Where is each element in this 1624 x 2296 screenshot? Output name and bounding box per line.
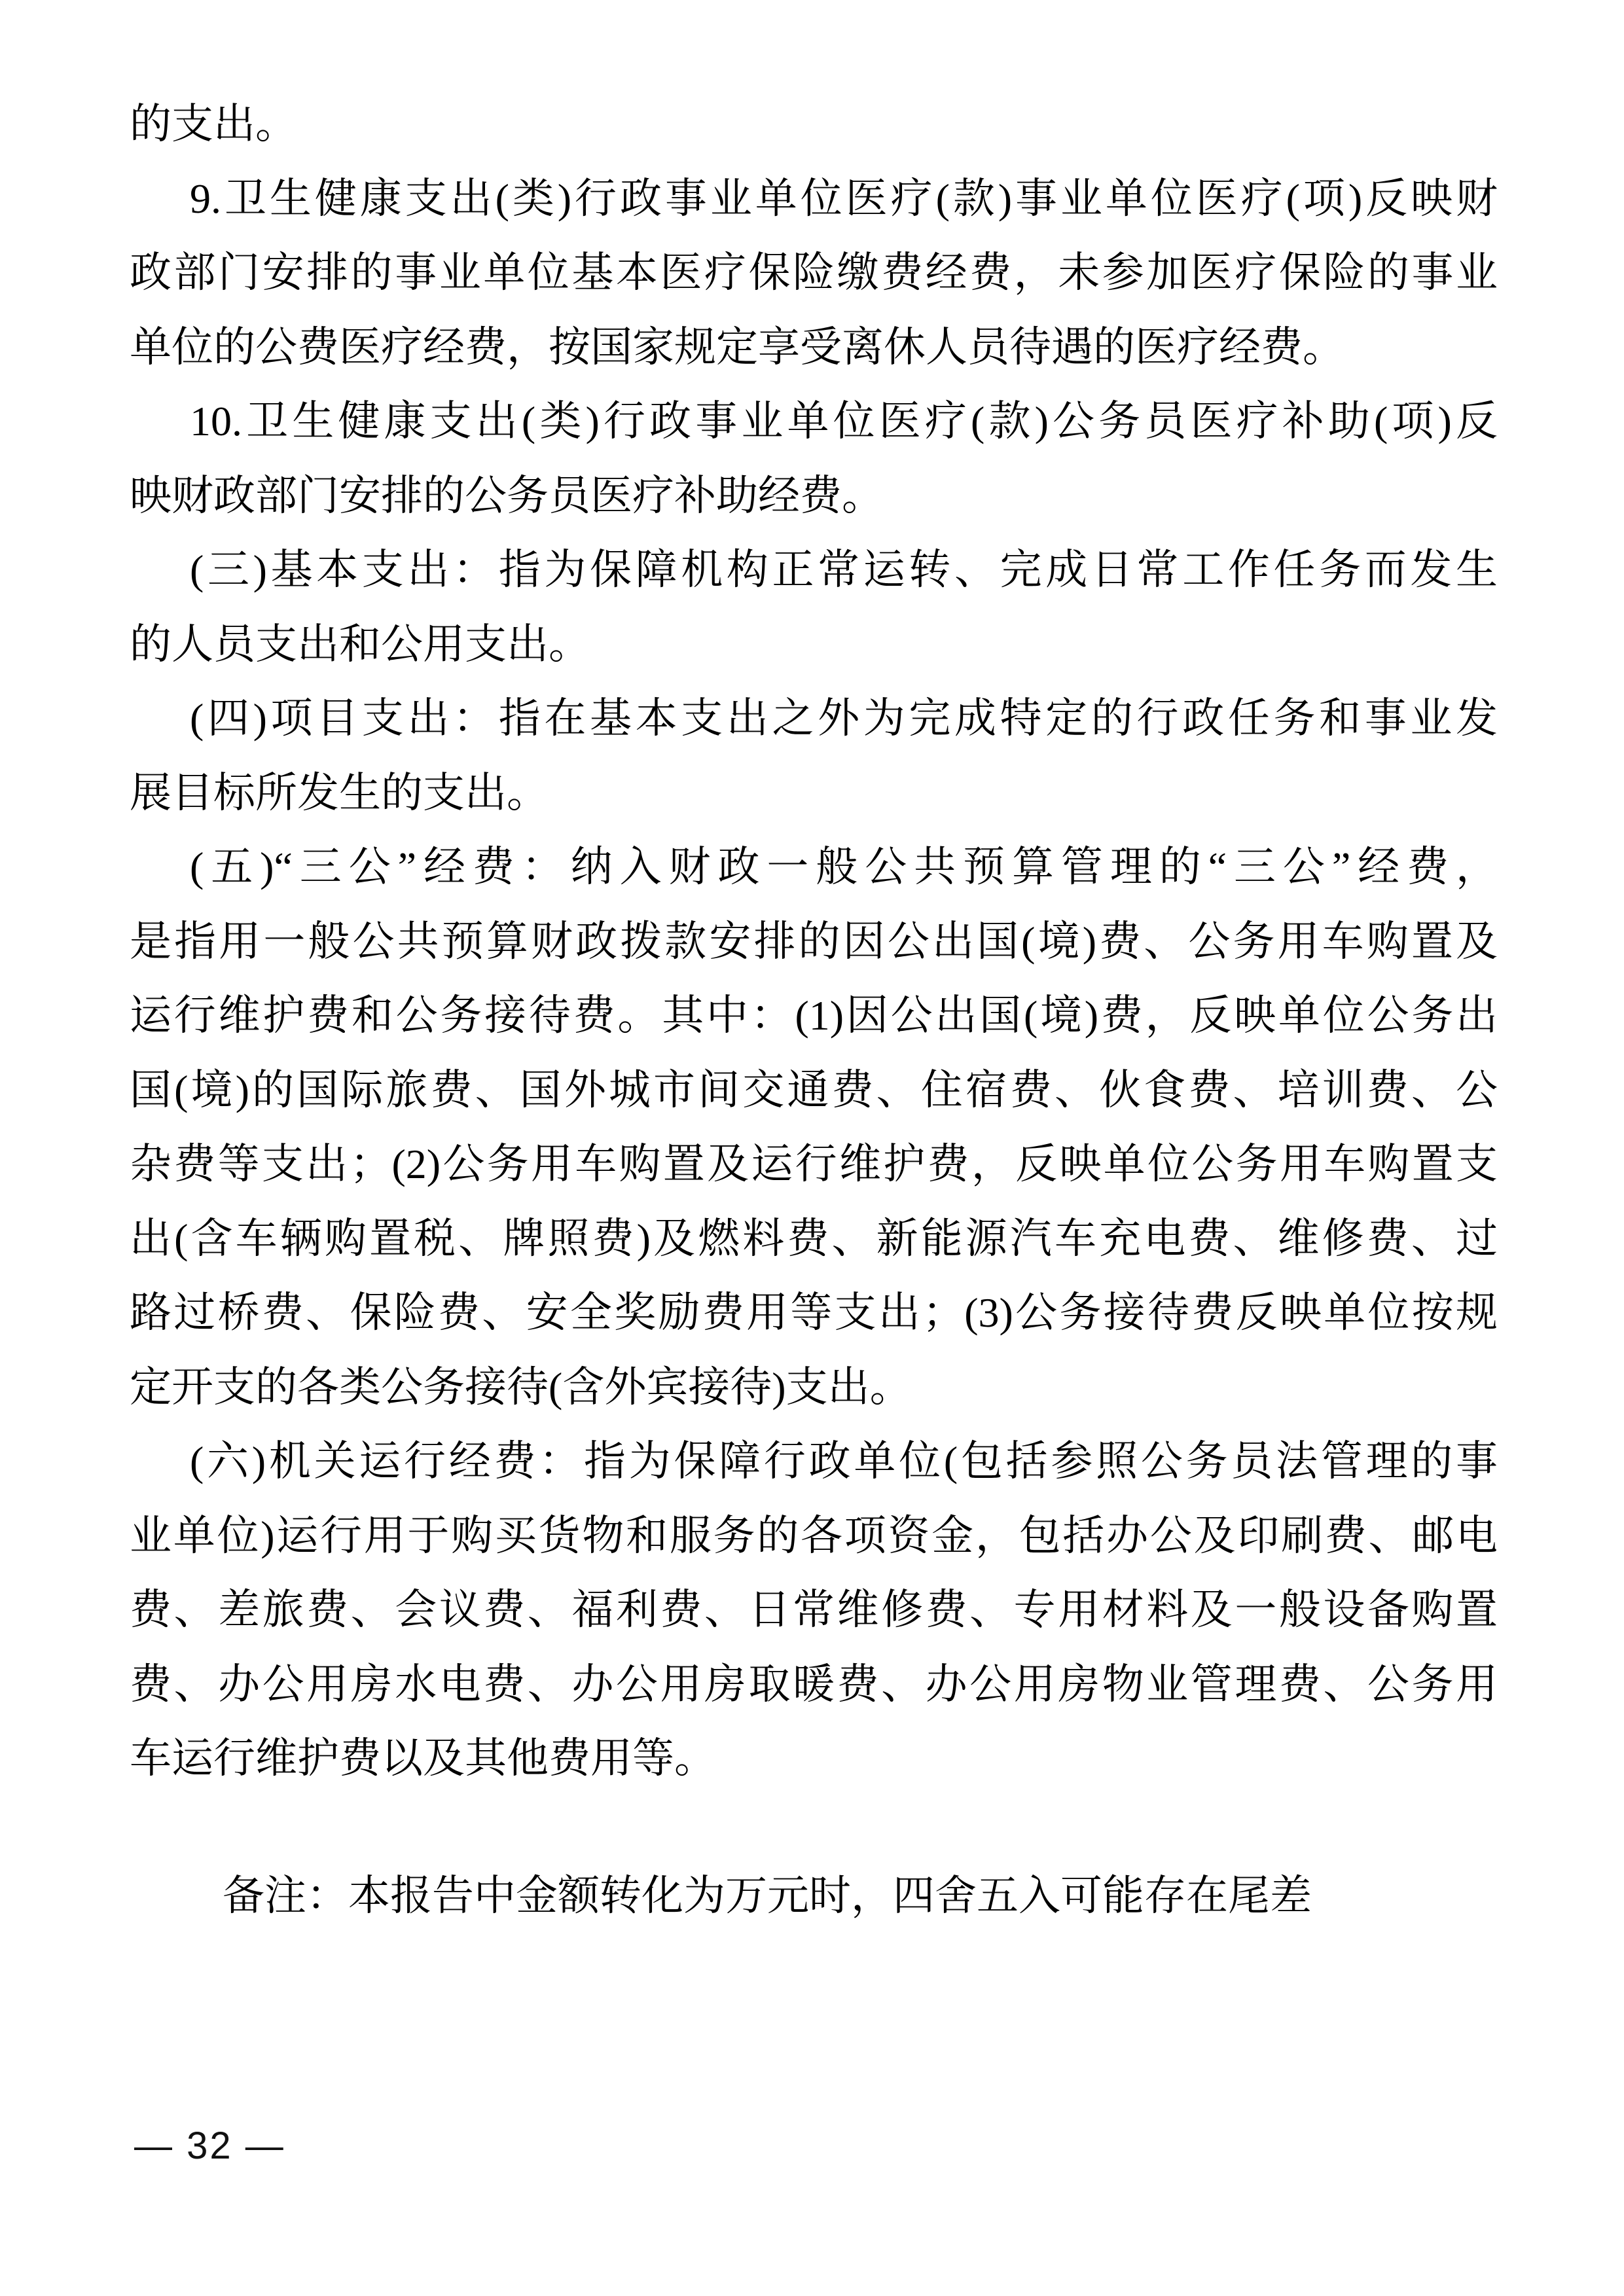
text-line: (五)“三公”经费：纳入财政一般公共预算管理的“三公”经费， <box>130 830 1498 905</box>
text-line: 出(含车辆购置税、牌照费)及燃料费、新能源汽车充电费、维修费、过 <box>130 1202 1498 1276</box>
text-line: (三)基本支出：指为保障机构正常运转、完成日常工作任务而发生 <box>130 533 1498 607</box>
text-line: 10.卫生健康支出(类)行政事业单位医疗(款)公务员医疗补助(项)反 <box>130 384 1498 459</box>
text-line: 的人员支出和公用支出。 <box>130 607 1498 682</box>
text-line: 展目标所发生的支出。 <box>130 756 1498 831</box>
text-line: 杂费等支出；(2)公务用车购置及运行维护费，反映单位公务用车购置支 <box>130 1127 1498 1202</box>
paragraph: 9.卫生健康支出(类)行政事业单位医疗(款)事业单位医疗(项)反映财 政部门安排… <box>130 162 1498 385</box>
text-line: 政部门安排的事业单位基本医疗保险缴费经费，未参加医疗保险的事业 <box>130 236 1498 310</box>
paragraph: 10.卫生健康支出(类)行政事业单位医疗(款)公务员医疗补助(项)反 映财政部门… <box>130 384 1498 533</box>
text-block: 的支出。 9.卫生健康支出(类)行政事业单位医疗(款)事业单位医疗(项)反映财 … <box>130 87 1498 1933</box>
paragraph: (四)项目支出：指在基本支出之外为完成特定的行政任务和事业发 展目标所发生的支出… <box>130 681 1498 830</box>
text-line: (四)项目支出：指在基本支出之外为完成特定的行政任务和事业发 <box>130 681 1498 756</box>
text-line: 定开支的各类公务接待(含外宾接待)支出。 <box>130 1350 1498 1425</box>
paragraph: (六)机关运行经费：指为保障行政单位(包括参照公务员法管理的事 业单位)运行用于… <box>130 1424 1498 1796</box>
text-line: 9.卫生健康支出(类)行政事业单位医疗(款)事业单位医疗(项)反映财 <box>130 162 1498 236</box>
paragraph: (三)基本支出：指为保障机构正常运转、完成日常工作任务而发生 的人员支出和公用支… <box>130 533 1498 681</box>
text-line: (六)机关运行经费：指为保障行政单位(包括参照公务员法管理的事 <box>130 1424 1498 1499</box>
text-line: 国(境)的国际旅费、国外城市间交通费、住宿费、伙食费、培训费、公 <box>130 1053 1498 1128</box>
text-line: 车运行维护费以及其他费用等。 <box>130 1721 1498 1796</box>
document-page: 的支出。 9.卫生健康支出(类)行政事业单位医疗(款)事业单位医疗(项)反映财 … <box>0 0 1624 2296</box>
text-line: 映财政部门安排的公务员医疗补助经费。 <box>130 459 1498 533</box>
text-line: 是指用一般公共预算财政拨款安排的因公出国(境)费、公务用车购置及 <box>130 905 1498 979</box>
text-line: 运行维护费和公务接待费。其中：(1)因公出国(境)费，反映单位公务出 <box>130 978 1498 1053</box>
paragraph: 的支出。 <box>130 87 1498 162</box>
page-number: — 32 — <box>134 2126 285 2166</box>
text-line: 的支出。 <box>130 87 1498 162</box>
paragraph: (五)“三公”经费：纳入财政一般公共预算管理的“三公”经费， 是指用一般公共预算… <box>130 830 1498 1424</box>
text-line: 路过桥费、保险费、安全奖励费用等支出；(3)公务接待费反映单位按规 <box>130 1276 1498 1350</box>
text-line: 单位的公费医疗经费，按国家规定享受离休人员待遇的医疗经费。 <box>130 310 1498 385</box>
text-line: 业单位)运行用于购买货物和服务的各项资金，包括办公及印刷费、邮电 <box>130 1499 1498 1573</box>
text-line: 费、差旅费、会议费、福利费、日常维修费、专用材料及一般设备购置 <box>130 1573 1498 1647</box>
note-line: 备注：本报告中金额转化为万元时，四舍五入可能存在尾差 <box>130 1859 1498 1933</box>
text-line: 费、办公用房水电费、办公用房取暖费、办公用房物业管理费、公务用 <box>130 1647 1498 1722</box>
